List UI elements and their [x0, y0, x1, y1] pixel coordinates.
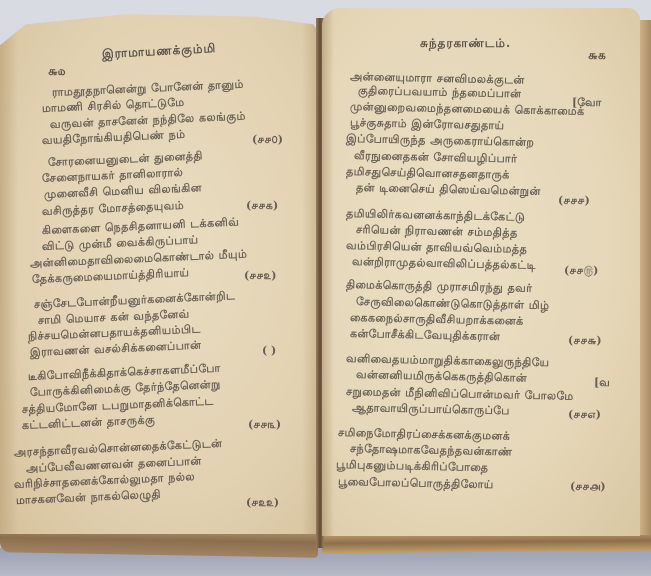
- left-page: ௬௰ இராமாயணக்கும்மி ராமதூதநானென்று போனேன்…: [0, 14, 320, 534]
- verse-number: (௪௪௧): [246, 199, 278, 214]
- verse-number: (௪௪௭): [568, 408, 601, 423]
- verse-line: வன்னனியமிருக்கெகருத்திகொன்: [356, 368, 527, 387]
- verse-number: (௪௪௪): [558, 194, 590, 209]
- verse-line: குதிரைப்பவயாம் ந்தமைப்பான்: [358, 84, 522, 102]
- verse-line: இப்போயிருந்த அருகைராய்கொன்ற: [346, 132, 535, 151]
- verse-number: (௪௪௫): [564, 264, 598, 279]
- right-page: சுந்தரகாண்டம். ௬௧ அன்னையுமாரா சனவிமலக்கு…: [322, 8, 640, 536]
- verse-line: வன்றிராமுதல்வாவிலிப்பத்தல்கட்டி: [352, 255, 536, 274]
- right-running-header: சுந்தரகாண்டம்.: [420, 36, 511, 52]
- right-cover-edge: [640, 20, 651, 535]
- verse-line: கன்போசீக்கிடவேயுதிக்கரான்: [350, 327, 501, 345]
- bracket-note: [வ: [594, 376, 610, 391]
- verse-line: சரியென் நிராவணன் சம்மதித்த: [356, 223, 518, 241]
- verse-line: தன் டினைசெய் திஸெய்வமென்றுன்: [356, 181, 541, 200]
- bracket-note: [வோ: [572, 96, 601, 111]
- verse-number: (௪௪௩): [248, 418, 281, 433]
- right-page-number: ௬௧: [588, 48, 606, 64]
- left-page-number: ௬௰: [48, 64, 65, 80]
- verse-line: பூமிபுகனும்படிக்கிரிப்போதை: [336, 458, 489, 476]
- verse-line: வீரநுனைதகன் சோவியழிப்பார்: [354, 149, 518, 167]
- verse-line: பூச்குசுதாம் இன்ரோவசதுதாய்: [350, 116, 505, 134]
- verse-number: (௪௪௨): [244, 269, 276, 284]
- verse-line: ஆதாவாயிருப்பாய்கொருப்பே: [352, 401, 510, 419]
- verse-number: (௪௪௬): [568, 334, 602, 349]
- verse-number: (௪௪௮): [570, 480, 606, 495]
- verse-number: ( ): [262, 344, 276, 357]
- verse-line: திமைக்கொருத்தி முராசமிரந்து தவர்: [346, 278, 533, 297]
- verse-number: (௪௪௦): [252, 133, 283, 148]
- verse-line: சந்தோஷமாகவேதந்தவன்காண்: [350, 442, 513, 460]
- verse-line: பூவைபோலப்பொருத்திலோய்: [338, 475, 494, 493]
- verse-number: (௪௨௨): [246, 496, 279, 511]
- left-running-header: இராமாயணக்கும்மி: [102, 41, 217, 63]
- open-book-photo: ௬௰ இராமாயணக்கும்மி ராமதூதநானென்று போனேன்…: [0, 0, 651, 576]
